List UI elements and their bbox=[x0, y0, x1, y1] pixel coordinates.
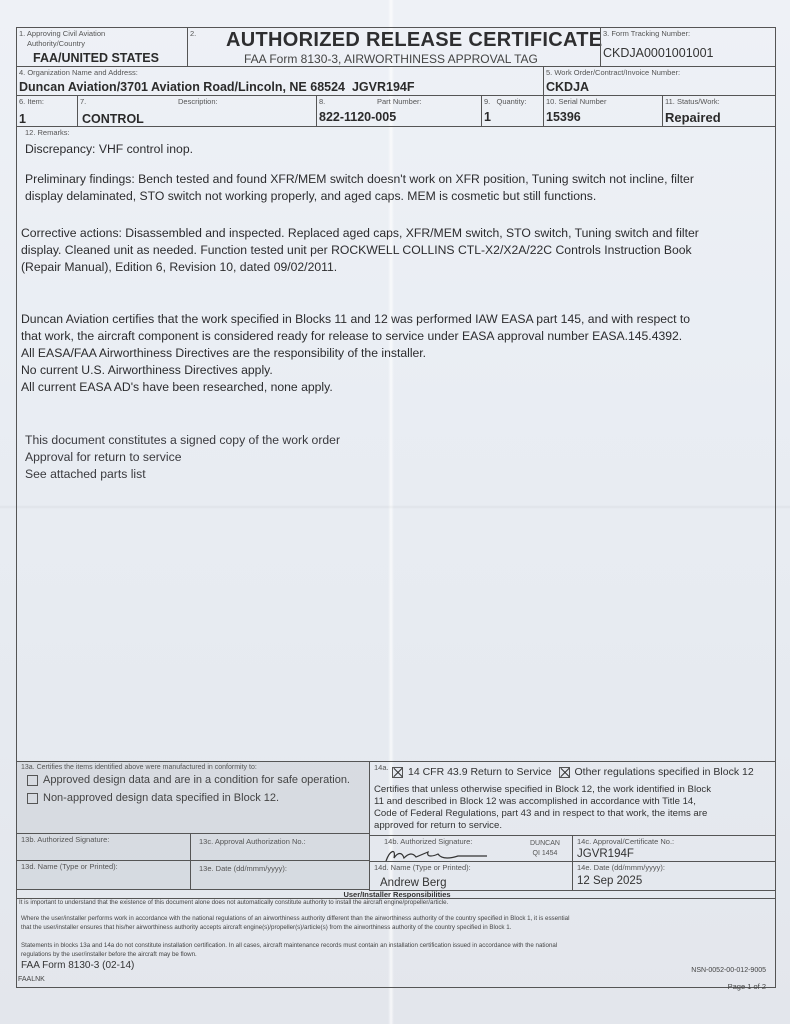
form-subtitle: FAA Form 8130-3, AIRWORTHINESS APPROVAL … bbox=[244, 52, 538, 66]
block-8-label: Part Number: bbox=[377, 98, 422, 106]
duncan-stamp: DUNCAN QI 1454 bbox=[530, 839, 560, 859]
cert-line-2: that work, the aircraft component is con… bbox=[21, 328, 761, 345]
block-14c-label: 14c. Approval/Certificate No.: bbox=[577, 838, 674, 846]
block-1-label: 1. Approving Civil Aviation bbox=[19, 30, 105, 38]
block-14c: 14c. Approval/Certificate No.: JGVR194F bbox=[572, 835, 776, 862]
form-title: AUTHORIZED RELEASE CERTIFICATE bbox=[226, 29, 602, 52]
page-number: Page 1 of 2 bbox=[728, 982, 766, 991]
block-2-label: 2. bbox=[190, 30, 196, 38]
checkbox-non-approved-design[interactable] bbox=[27, 793, 38, 804]
remarks-certification: Duncan Aviation certifies that the work … bbox=[21, 311, 761, 396]
block-13c-label: 13c. Approval Authorization No.: bbox=[199, 838, 306, 846]
block-11-label: 11. Status/Work: bbox=[665, 98, 720, 106]
block-9-value: 1 bbox=[484, 110, 491, 124]
block-8-value: 822-1120-005 bbox=[319, 110, 396, 124]
remarks-discrepancy: Discrepancy: VHF control inop. bbox=[25, 141, 765, 158]
block-7-number: 7. bbox=[80, 98, 86, 106]
responsibilities-p3b: regulations by the user/installer before… bbox=[21, 951, 197, 960]
block-1-authority: 1. Approving Civil Aviation Authority/Co… bbox=[16, 27, 188, 67]
remarks-corrective: Corrective actions: Disassembled and ins… bbox=[21, 225, 761, 276]
block-10-value: 15396 bbox=[546, 110, 581, 124]
block-9-label: 9. Quantity: bbox=[484, 98, 527, 106]
block-7-description: 7. Description: CONTROL bbox=[77, 95, 317, 127]
block-13a: 13a. Certifies the items identified abov… bbox=[16, 761, 370, 834]
block-14a-options: 14 CFR 43.9 Return to Service Other regu… bbox=[392, 766, 754, 778]
checkbox-approved-design[interactable] bbox=[27, 775, 38, 786]
block-3-value: CKDJA0001001001 bbox=[603, 46, 714, 60]
checkbox-14cfr-43-9[interactable] bbox=[392, 767, 403, 778]
corrective-line-1: Corrective actions: Disassembled and ins… bbox=[21, 225, 761, 242]
block-13a-label: 13a. Certifies the items identified abov… bbox=[21, 764, 257, 772]
block-13e-label: 13e. Date (dd/mmm/yyyy): bbox=[199, 865, 287, 873]
block-4-value: Duncan Aviation/3701 Aviation Road/Linco… bbox=[19, 80, 414, 94]
block-14e: 14e. Date (dd/mmm/yyyy): 12 Sep 2025 bbox=[572, 861, 776, 891]
block-13b-label: 13b. Authorized Signature: bbox=[21, 836, 109, 844]
block-6-item: 6. Item: 1 bbox=[16, 95, 78, 127]
block-10-label: 10. Serial Number bbox=[546, 98, 606, 106]
block-7-label: Description: bbox=[178, 98, 218, 106]
doc-line-1: This document constitutes a signed copy … bbox=[25, 432, 765, 449]
responsibilities-p3a: Statements in blocks 13a and 14a do not … bbox=[21, 942, 557, 951]
block-14e-value: 12 Sep 2025 bbox=[577, 875, 642, 887]
block-9-quantity: 9. Quantity: 1 bbox=[481, 95, 544, 127]
cert-text-4: approved for return to service. bbox=[374, 820, 711, 832]
block-3-tracking: 3. Form Tracking Number: CKDJA0001001001 bbox=[600, 27, 776, 67]
block-4-label: 4. Organization Name and Address: bbox=[19, 69, 138, 77]
block-5-label: 5. Work Order/Contract/Invoice Number: bbox=[546, 69, 680, 77]
authorized-release-certificate-form: 1. Approving Civil Aviation Authority/Co… bbox=[16, 27, 776, 987]
block-1-label-2: Authority/Country bbox=[27, 40, 85, 48]
responsibilities-p2b: that the user/installer ensures that his… bbox=[21, 924, 511, 933]
cert-line-3: All EASA/FAA Airworthiness Directives ar… bbox=[21, 345, 761, 362]
block-13b: 13b. Authorized Signature: bbox=[16, 833, 191, 861]
block-6-label: 6. Item: bbox=[19, 98, 44, 106]
nsn-number: NSN-0052-00-012-9005 bbox=[691, 967, 766, 974]
block-13c: 13c. Approval Authorization No.: bbox=[190, 833, 370, 861]
block-12-label: 12. Remarks: bbox=[25, 129, 70, 137]
block-5-value: CKDJA bbox=[546, 80, 589, 94]
block-7-value: CONTROL bbox=[82, 112, 144, 126]
corrective-line-3: (Repair Manual), Edition 6, Revision 10,… bbox=[21, 259, 761, 276]
block-14d: 14d. Name (Type or Printed): Andrew Berg bbox=[369, 861, 573, 891]
responsibilities-p1: It is important to understand that the e… bbox=[19, 899, 448, 908]
discrepancy-line: Discrepancy: VHF control inop. bbox=[25, 141, 765, 158]
checkbox-other-regulations[interactable] bbox=[559, 767, 570, 778]
block-6-value: 1 bbox=[19, 112, 26, 126]
block-11-value: Repaired bbox=[665, 110, 721, 125]
cert-text-1: Certifies that unless otherwise specifie… bbox=[374, 784, 711, 796]
block-14a-cert-text: Certifies that unless otherwise specifie… bbox=[374, 784, 711, 832]
preliminary-line-1: Preliminary findings: Bench tested and f… bbox=[25, 171, 765, 188]
block-10-serial: 10. Serial Number 15396 bbox=[543, 95, 663, 127]
block-3-label: 3. Form Tracking Number: bbox=[603, 30, 690, 38]
preliminary-line-2: display delaminated, STO switch not work… bbox=[25, 188, 765, 205]
user-installer-responsibilities: User/Installer Responsibilities It is im… bbox=[16, 890, 776, 988]
block-14a-label: 14a. bbox=[374, 764, 389, 772]
block-14c-value: JGVR194F bbox=[577, 848, 634, 860]
block-13a-option-1[interactable]: Approved design data and are in a condit… bbox=[27, 774, 350, 786]
responsibilities-p2a: Where the user/installer performs work i… bbox=[21, 915, 569, 924]
cert-line-1: Duncan Aviation certifies that the work … bbox=[21, 311, 761, 328]
block-11-status: 11. Status/Work: Repaired bbox=[662, 95, 776, 127]
remarks-document-notes: This document constitutes a signed copy … bbox=[25, 432, 765, 483]
block-14a: 14a. 14 CFR 43.9 Return to Service Other… bbox=[369, 761, 776, 836]
form-number: FAA Form 8130-3 (02-14) bbox=[21, 960, 134, 971]
block-8-number: 8. bbox=[319, 98, 325, 106]
block-13e: 13e. Date (dd/mmm/yyyy): bbox=[190, 860, 370, 890]
option-14cfr-label: 14 CFR 43.9 Return to Service bbox=[408, 766, 552, 778]
cert-text-3: Code of Federal Regulations, part 43 and… bbox=[374, 808, 711, 820]
block-1-value: FAA/UNITED STATES bbox=[33, 51, 159, 65]
option-2-label: Non-approved design data specified in Bl… bbox=[43, 792, 279, 804]
cert-line-4: No current U.S. Airworthiness Directives… bbox=[21, 362, 761, 379]
doc-line-2: Approval for return to service bbox=[25, 449, 765, 466]
block-13a-option-2[interactable]: Non-approved design data specified in Bl… bbox=[27, 792, 279, 804]
block-14d-value: Andrew Berg bbox=[380, 877, 446, 889]
faalnk-code: FAALNK bbox=[18, 976, 45, 983]
stamp-line-1: DUNCAN bbox=[530, 839, 560, 849]
block-14b-label: 14b. Authorized Signature: bbox=[384, 838, 472, 846]
cert-text-2: 11 and described in Block 12 was accompl… bbox=[374, 796, 711, 808]
block-14d-label: 14d. Name (Type or Printed): bbox=[374, 864, 471, 872]
remarks-preliminary: Preliminary findings: Bench tested and f… bbox=[25, 171, 765, 205]
block-14e-label: 14e. Date (dd/mmm/yyyy): bbox=[577, 864, 665, 872]
block-13d: 13d. Name (Type or Printed): bbox=[16, 860, 191, 890]
stamp-line-2: QI 1454 bbox=[530, 849, 560, 859]
cert-line-5: All current EASA AD's have been research… bbox=[21, 379, 761, 396]
doc-line-3: See attached parts list bbox=[25, 466, 765, 483]
block-8-part-number: 8. Part Number: 822-1120-005 bbox=[316, 95, 482, 127]
option-other-label: Other regulations specified in Block 12 bbox=[575, 766, 754, 778]
block-12-remarks: 12. Remarks: Discrepancy: VHF control in… bbox=[16, 126, 776, 762]
corrective-line-2: display. Cleaned unit as needed. Functio… bbox=[21, 242, 761, 259]
block-13d-label: 13d. Name (Type or Printed): bbox=[21, 863, 118, 871]
block-5-work-order: 5. Work Order/Contract/Invoice Number: C… bbox=[543, 66, 776, 96]
option-1-label: Approved design data and are in a condit… bbox=[43, 774, 350, 786]
block-4-organization: 4. Organization Name and Address: Duncan… bbox=[16, 66, 544, 96]
block-14b: 14b. Authorized Signature: DUNCAN QI 145… bbox=[369, 835, 573, 862]
